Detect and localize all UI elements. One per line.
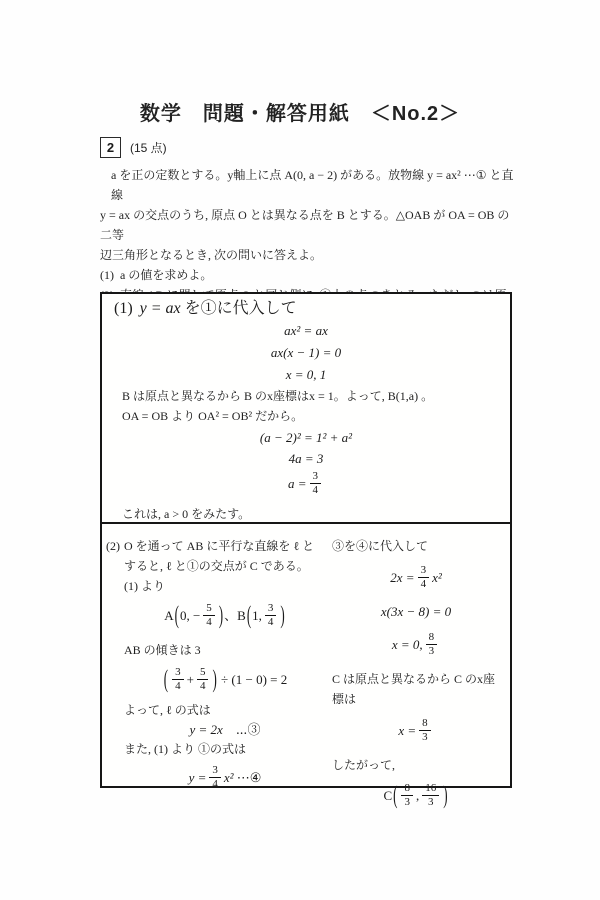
fraction-5-4: 54 <box>197 666 209 692</box>
also-text: また, (1) より ①の式は <box>124 739 326 759</box>
fraction-8-3: 83 <box>401 782 413 808</box>
equation-x-final: x =83 <box>328 715 504 747</box>
slope-equation-rest: ÷ (1 − 0) = 2 <box>218 672 287 687</box>
answer1-note-positive: これは, a > 0 をみたす。 <box>114 504 498 524</box>
close-paren: ) <box>212 648 216 710</box>
separator: 、 <box>224 608 237 623</box>
answer2-line3: (1) より <box>124 576 326 596</box>
problem-points: (15 点) <box>130 139 167 156</box>
equation-ax2-eq-ax: ax² = ax <box>114 321 498 340</box>
point-A-x: 0, − <box>180 608 200 623</box>
exam-sheet-page: 数学 問題・解答用紙 ＜No.2＞ 2 (15 点) a を正の定数とする。y軸… <box>0 0 600 900</box>
x-equals-0: x = 0, <box>392 637 423 652</box>
page-title: 数学 問題・解答用紙 ＜No.2＞ <box>0 97 600 126</box>
fraction-8-3: 83 <box>419 717 431 743</box>
problem-number-box: 2 <box>100 137 121 158</box>
comma: , <box>416 788 419 803</box>
equation-x-values: x = 0,83 <box>328 629 504 661</box>
equation-4a-3: 4a = 3 <box>114 449 498 468</box>
answer1-label: (1) <box>114 299 133 318</box>
y-equals-2x: y = 2x <box>189 722 222 737</box>
answer2-line2: すると, ℓ と①の交点が C である。 <box>124 556 326 576</box>
point-C-letter: C <box>383 788 392 803</box>
statement-line: a を正の定数とする。y軸上に点 A(0, a − 2) がある。放物線 y =… <box>100 165 516 205</box>
y-equals: y = <box>189 770 207 785</box>
fraction-3-4: 34 <box>310 470 322 496</box>
coordinates-A-B: A(0, −54)、B(1,34) <box>124 600 326 632</box>
equation-2x: 2x =34x² <box>328 562 504 594</box>
therefore-text: したがって, <box>328 755 504 775</box>
open-paren: ( <box>164 648 168 710</box>
answer-section-2: (2) O を通って AB に平行な直線を ℓ と すると, ℓ と①の交点が … <box>102 522 510 786</box>
equation-factored-2: x(3x − 8) = 0 <box>328 602 504 621</box>
open-paren: ( <box>247 584 251 646</box>
equation-line-3: y = 2x ⋯③ <box>124 720 326 739</box>
a-equals: a = <box>288 476 307 491</box>
equation-parabola-4: y =34x² ⋯④ <box>124 761 326 795</box>
2x-equals: 2x = <box>390 570 414 585</box>
equation-factored: ax(x − 1) = 0 <box>114 343 498 362</box>
tag-circle-3: ⋯③ <box>223 722 261 737</box>
answer2-left-column: (2) O を通って AB に平行な直線を ℓ と すると, ℓ と①の交点が … <box>106 530 326 786</box>
equation-distance: (a − 2)² = 1² + a² <box>114 428 498 447</box>
answer1-note-B: B は原点と異なるから B のx座標はx = 1。よって, B(1,a) 。 <box>114 386 498 406</box>
fraction-3-4: 34 <box>209 764 221 790</box>
slope-equation: (34+54) ÷ (1 − 0) = 2 <box>124 664 326 696</box>
plus-sign: + <box>187 672 194 687</box>
x-squared: x² <box>432 570 442 585</box>
x-squared: x² <box>224 770 234 785</box>
problem-header: 2 (15 点) <box>100 137 167 158</box>
line-ell-text: よって, ℓ の式は <box>124 700 326 720</box>
slope-text: AB の傾きは 3 <box>124 640 326 660</box>
equation-a-value: a =34 <box>114 468 498 500</box>
close-paren: ) <box>280 584 284 646</box>
answer2-right-column: ③を④に代入して 2x =34x² x(3x − 8) = 0 x = 0,83… <box>326 530 504 786</box>
answer2-label: (2) <box>106 530 124 786</box>
point-C-answer: C(83,163) <box>328 779 504 813</box>
statement-line: y = ax の交点のうち, 原点 O とは異なる点を B とする。△OAB が… <box>100 205 516 245</box>
fraction-16-3: 163 <box>422 782 439 808</box>
tag-circle-4: ⋯④ <box>234 770 262 785</box>
answer2-left-body: O を通って AB に平行な直線を ℓ と すると, ℓ と①の交点が C であ… <box>124 530 326 786</box>
answer1-intro-text: を①に代入して <box>181 300 297 317</box>
fraction-3-4: 34 <box>172 666 184 692</box>
x-equals: x = <box>398 723 416 738</box>
fraction-3-4: 34 <box>418 564 430 590</box>
answer1-intro-math: y = ax <box>140 300 181 317</box>
point-B-letter: B <box>237 608 246 623</box>
answer1-note-OA-OB: OA = OB より OA² = OB² だから。 <box>114 406 498 426</box>
fraction-5-4: 54 <box>203 602 215 628</box>
close-paren: ) <box>443 762 447 828</box>
C-note: C は原点と異なるから C のx座標は <box>328 669 504 709</box>
fraction-3-4: 34 <box>265 602 277 628</box>
answer-box: (1)y = ax を①に代入して ax² = ax ax(x − 1) = 0… <box>100 292 512 788</box>
statement-line: 辺三角形となるとき, 次の問いに答えよ。 <box>100 245 516 265</box>
answer1-intro: (1)y = ax を①に代入して <box>114 299 498 318</box>
open-paren: ( <box>175 584 179 646</box>
fraction-8-3: 83 <box>426 631 438 657</box>
point-B-x: 1, <box>252 608 262 623</box>
answer-section-1: (1)y = ax を①に代入して ax² = ax ax(x − 1) = 0… <box>102 294 510 522</box>
equation-x-solutions: x = 0, 1 <box>114 365 498 384</box>
close-paren: ) <box>219 584 223 646</box>
answer2-line1: O を通って AB に平行な直線を ℓ と <box>124 536 326 556</box>
question-item-1: (1) a の値を求めよ。 <box>100 265 516 285</box>
substitute-text: ③を④に代入して <box>328 536 504 556</box>
open-paren: ( <box>393 762 397 828</box>
point-A-letter: A <box>164 608 173 623</box>
